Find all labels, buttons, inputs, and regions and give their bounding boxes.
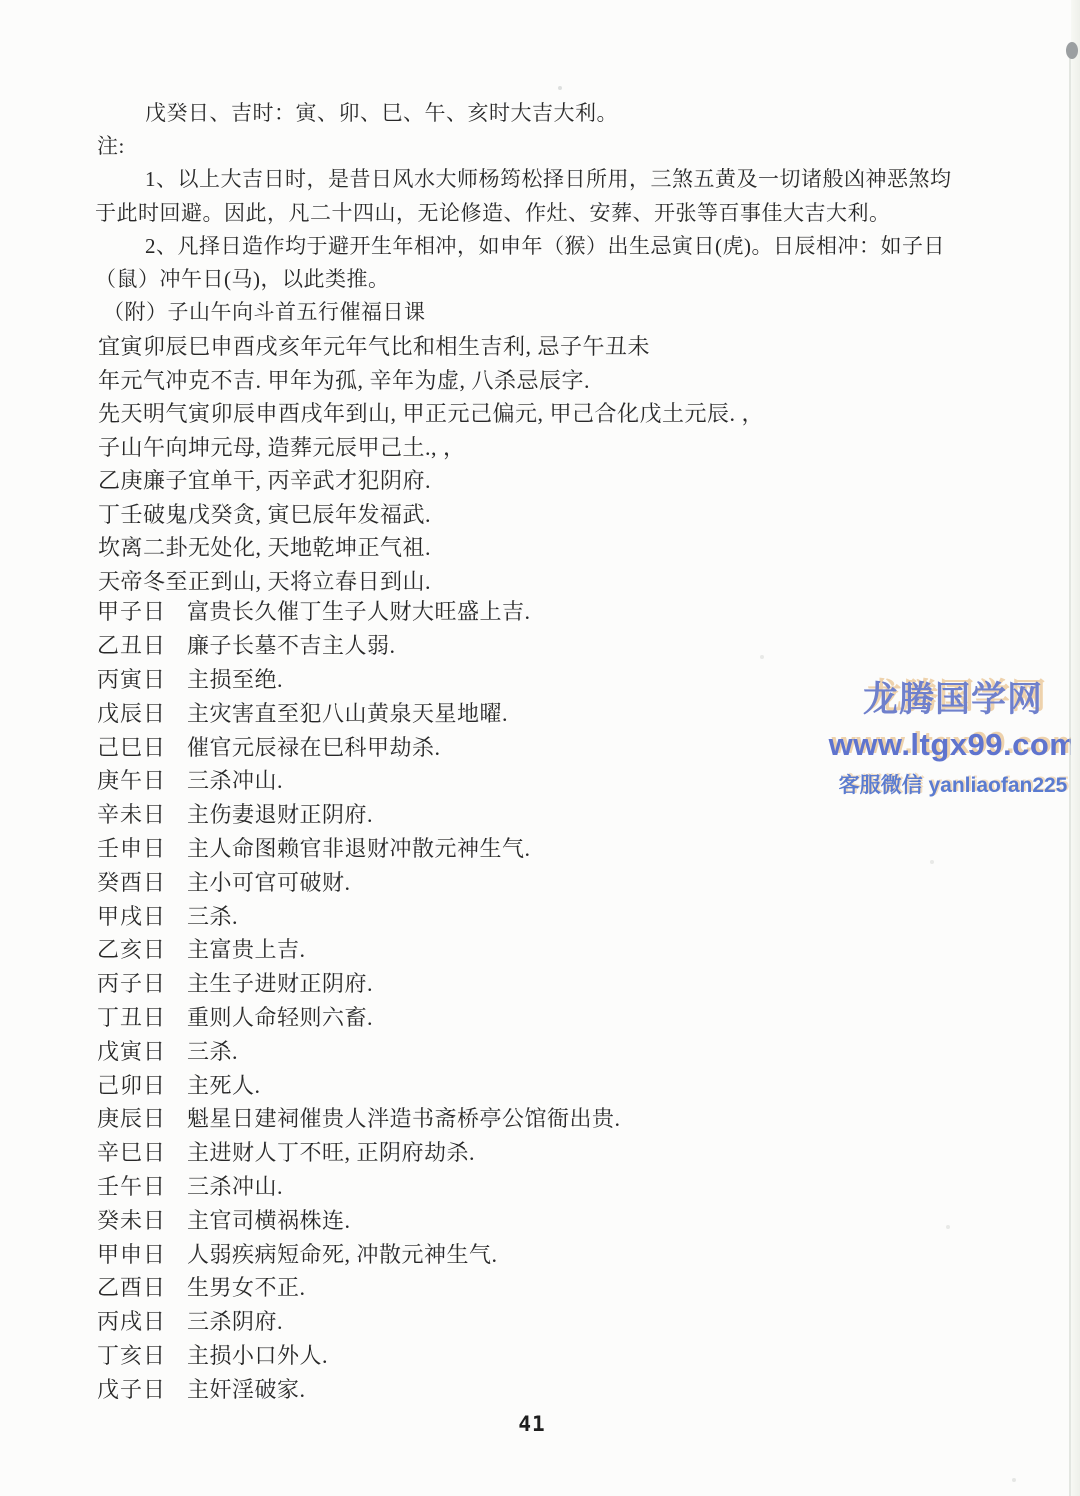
site-watermark: 龙腾国学网 www.ltgx99.com 客服微信 yanliaofan225 [812, 682, 1080, 797]
day-description: 重则人命轻则六畜. [187, 1001, 373, 1032]
day-label: 丙寅日 [97, 663, 187, 694]
day-row: 丙寅日 主损至绝. [97, 662, 621, 696]
day-label: 庚午日 [97, 764, 187, 795]
day-row: 乙亥日 主富贵上吉. [97, 932, 621, 966]
day-description: 三杀冲山. [187, 764, 283, 795]
day-row: 己卯日 主死人. [97, 1067, 621, 1101]
day-label: 乙亥日 [97, 933, 187, 964]
note2-line1: 2、凡择日造作均于避开生年相冲，如申年（猴）出生忌寅日(虎)。日辰相冲：如子日 [145, 233, 945, 259]
day-description: 主富贵上吉. [187, 933, 306, 964]
appendix-title: （附）子山午向斗首五行催福日课 [103, 299, 426, 325]
day-description: 三杀. [187, 900, 238, 931]
scan-speck [760, 655, 764, 659]
day-label: 庚辰日 [97, 1102, 187, 1133]
scan-page-edge [1071, 0, 1080, 1496]
day-label: 戊寅日 [97, 1035, 187, 1066]
day-description: 主进财人丁不旺, 正阴府劫杀. [187, 1136, 475, 1167]
day-row: 丙戌日 三杀阴府. [97, 1304, 621, 1338]
day-row: 癸酉日 主小可官可破财. [97, 864, 621, 898]
day-row: 丁亥日 主损小口外人. [97, 1338, 621, 1372]
verse-section: 宜寅卯辰巳申酉戌亥年元年气比和相生吉利, 忌子午丑未年元气冲克不吉. 甲年为孤,… [98, 330, 764, 598]
verse-line: 坎离二卦无处化, 天地乾坤正气祖. [98, 531, 764, 565]
day-row: 庚辰日 魁星日建祠催贵人泮造书斋桥亭公馆衙出贵. [97, 1101, 621, 1135]
day-description: 魁星日建祠催贵人泮造书斋桥亭公馆衙出贵. [187, 1102, 621, 1133]
day-label: 辛未日 [97, 798, 187, 829]
page-number: 41 [0, 1412, 1064, 1436]
day-label: 丙戌日 [97, 1305, 187, 1336]
day-label: 戊子日 [97, 1373, 187, 1404]
day-description: 催官元辰禄在巳科甲劫杀. [187, 731, 441, 762]
auspicious-hours-line: 戊癸日、吉时：寅、卯、巳、午、亥时大吉大利。 [145, 100, 618, 126]
day-description: 廉子长墓不吉主人弱. [187, 629, 396, 660]
day-description: 三杀. [187, 1035, 238, 1066]
watermark-url: www.ltgx99.com [812, 729, 1080, 760]
day-description: 主死人. [187, 1069, 261, 1100]
day-label: 丁亥日 [97, 1339, 187, 1370]
day-row: 壬午日 三杀冲山. [97, 1169, 621, 1203]
scan-speck [1012, 1478, 1016, 1482]
note-heading: 注: [97, 133, 125, 159]
day-description: 主人命图赖官非退财冲散元神生气. [187, 832, 531, 863]
day-description: 主损至绝. [187, 663, 283, 694]
day-description: 三杀阴府. [187, 1305, 283, 1336]
day-row: 乙酉日 生男女不正. [97, 1270, 621, 1304]
day-description: 生男女不正. [187, 1271, 306, 1302]
day-row: 甲子日 富贵长久催丁生子人财大旺盛上吉. [97, 594, 621, 628]
day-description: 主灾害直至犯八山黄泉天星地曜. [187, 697, 508, 728]
day-description: 人弱疾病短命死, 冲散元神生气. [187, 1238, 498, 1269]
day-description: 三杀冲山. [187, 1170, 283, 1201]
day-row: 丙子日 主生子进财正阴府. [97, 966, 621, 1000]
day-label: 己巳日 [97, 731, 187, 762]
day-label: 癸未日 [97, 1204, 187, 1235]
day-label: 壬申日 [97, 832, 187, 863]
note2-line2: （鼠）冲午日(马)，以此类推。 [95, 266, 390, 292]
day-row: 甲戌日 三杀. [97, 898, 621, 932]
day-description: 主官司横祸株连. [187, 1204, 351, 1235]
day-label: 壬午日 [97, 1170, 187, 1201]
day-label: 乙丑日 [97, 629, 187, 660]
day-description: 主生子进财正阴府. [187, 967, 373, 998]
day-label: 己卯日 [97, 1069, 187, 1100]
day-description: 富贵长久催丁生子人财大旺盛上吉. [187, 595, 531, 626]
scan-speck [558, 86, 562, 90]
day-description: 主奸淫破家. [187, 1373, 306, 1404]
scan-edge-line [1069, 55, 1071, 1496]
day-description: 主伤妻退财正阴府. [187, 798, 373, 829]
day-row: 戊子日 主奸淫破家. [97, 1371, 621, 1405]
day-description: 主小可官可破财. [187, 866, 351, 897]
day-label: 甲戌日 [97, 900, 187, 931]
day-description: 主损小口外人. [187, 1339, 328, 1370]
day-row: 辛未日 主伤妻退财正阴府. [97, 797, 621, 831]
verse-line: 宜寅卯辰巳申酉戌亥年元年气比和相生吉利, 忌子午丑未 [98, 330, 764, 364]
day-row: 戊寅日 三杀. [97, 1033, 621, 1067]
watermark-site-name: 龙腾国学网 [812, 682, 1080, 718]
day-row: 丁丑日 重则人命轻则六畜. [97, 1000, 621, 1034]
watermark-contact: 客服微信 yanliaofan225 [812, 775, 1080, 797]
scan-speck [753, 212, 756, 215]
day-row: 乙丑日 廉子长墓不吉主人弱. [97, 628, 621, 662]
verse-line: 天帝冬至正到山, 天将立春日到山. [98, 565, 764, 599]
verse-line: 丁壬破鬼戊癸贪, 寅巳辰年发福武. [98, 498, 764, 532]
verse-line: 子山午向坤元母, 造葬元辰甲己土., ， [98, 431, 764, 465]
day-label: 辛巳日 [97, 1136, 187, 1167]
day-row: 戊辰日 主灾害直至犯八山黄泉天星地曜. [97, 695, 621, 729]
verse-line: 乙庚廉子宜单干, 丙辛武才犯阴府. [98, 464, 764, 498]
scan-speck [946, 1225, 950, 1229]
day-row: 己巳日 催官元辰禄在巳科甲劫杀. [97, 729, 621, 763]
scanned-document-page: 戊癸日、吉时：寅、卯、巳、午、亥时大吉大利。 注: 1、以上大吉日时，是昔日风水… [0, 0, 1080, 1496]
day-label: 丁丑日 [97, 1001, 187, 1032]
day-course-list: 甲子日 富贵长久催丁生子人财大旺盛上吉. 乙丑日 廉子长墓不吉主人弱. 丙寅日 … [97, 594, 621, 1405]
day-row: 壬申日 主人命图赖官非退财冲散元神生气. [97, 831, 621, 865]
verse-line: 先天明气寅卯辰申酉戌年到山, 甲正元己偏元, 甲己合化戊土元辰. ， [98, 397, 764, 431]
day-label: 乙酉日 [97, 1271, 187, 1302]
day-label: 戊辰日 [97, 697, 187, 728]
day-row: 庚午日 三杀冲山. [97, 763, 621, 797]
scan-speck [930, 860, 934, 864]
verse-line: 年元气冲克不吉. 甲年为孤, 辛年为虚, 八杀忌辰字. [98, 364, 764, 398]
day-label: 癸酉日 [97, 866, 187, 897]
scan-ink-dot [1066, 42, 1078, 59]
day-row: 辛巳日 主进财人丁不旺, 正阴府劫杀. [97, 1135, 621, 1169]
day-row: 癸未日 主官司横祸株连. [97, 1202, 621, 1236]
note1-line2: 于此时回避。因此，凡二十四山，无论修造、作灶、安葬、开张等百事佳大吉大利。 [95, 200, 891, 226]
day-label: 丙子日 [97, 967, 187, 998]
day-row: 甲申日 人弱疾病短命死, 冲散元神生气. [97, 1236, 621, 1270]
note1-line1: 1、以上大吉日时，是昔日风水大师杨筠松择日所用，三煞五黄及一切诸般凶神恶煞均 [145, 166, 952, 192]
day-label: 甲申日 [97, 1238, 187, 1269]
day-label: 甲子日 [97, 595, 187, 626]
